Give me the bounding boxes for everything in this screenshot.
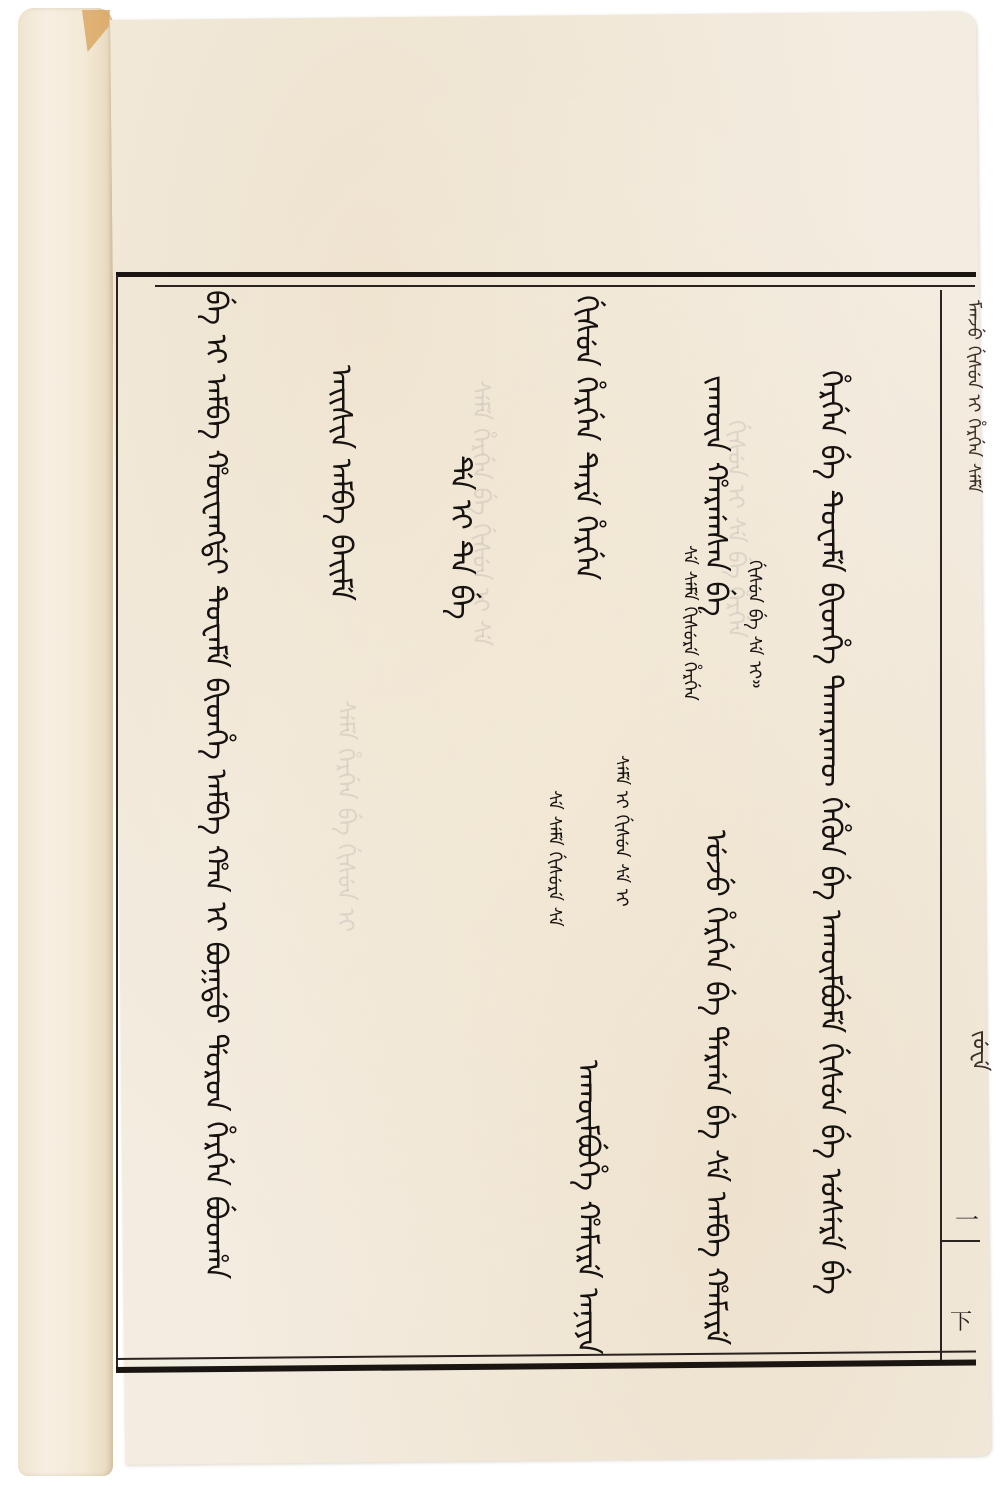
rolled-page-edge <box>18 8 113 1476</box>
bleed-through-text: ᠰᡝᠮᡝ ᡥᡝᡵᡤᡝᠨ ᠪᡝ ᡤᡳᠰᡠᠨ ᡳ <box>325 700 367 932</box>
margin-column-divider <box>940 290 942 1360</box>
annotation-2-left: ᠰᡝ ᠰᡝᠮᡝ ᡤᡳᠰᡠᡵᡝ ᡥᡝᡵᡤᡝᠨ <box>680 545 698 701</box>
margin-column-rule <box>940 1240 980 1242</box>
margin-section-label: ᠵᡠᠸᡝ <box>960 1030 998 1071</box>
text-column-3-upper: ᡤᡳᠰᡠᠨ ᡥᡝᡵᡤᡝᠨ ᡨᡝᡵᡝ ᡥᡝᡵᡤᡝᠨ <box>570 295 600 580</box>
text-column-4: ᡩᡝ ᡳ ᡨᡝ ᠪᡝ <box>445 455 475 620</box>
margin-title: ᠮᠠᠨᠵᡠ ᡤᡳᠰᡠᠨ ᡳ ᡥᡝᡵᡤᡝᠨ ᠰᡝᠮᡝ <box>958 300 989 493</box>
margin-leaf-mark: 下 <box>950 1305 972 1336</box>
frame-left-border <box>116 275 118 1370</box>
book-page <box>110 11 991 1465</box>
text-column-1: ᡥᡝᡵᡤᡝᠨ ᠪᡝ ᡨᡠᠸᠠᠮᡝ ᠪᡳᡨᡥᡝ ᡨᠠᡴᠠᡵᠠᡴᡡ ᡤᡝᡥᡠᠨ ᠪᡝ… <box>815 370 845 1295</box>
annotation-3-left: ᠰᡝ ᠰᡝᠮᡝ ᡤᡳᠰᡠᡵᡝ ᠰᡝ <box>545 790 563 927</box>
annotation-3-right: ᠰᡝᠮᡝ ᡳ ᡤᡳᠰᡠᠨ ᠰᡝ ᡳ <box>612 755 630 907</box>
text-column-3-lower: ᠠᡴᡡᠮᠪᡠᡥᡝ ᡥᠠᠮᡳᡵᡝ ᠠᠨᡳᠶᠠ <box>572 1060 602 1355</box>
text-column-2-upper: ᠵᠠᡴᡡᠨ ᡥᠠᡵᡤᠠᠰᠠᠨ ᠪᡝ <box>700 375 730 617</box>
text-column-2-lower: ᡠᠵᡠ ᡥᡝᡵᡤᡝᠨ ᠪᡝ ᡩᠠᡵᡤᠠ ᠪᡝ ᠰᡝ ᠠᠮᠪᠠ ᡥᠠᠮᡳᡵᡝ <box>700 830 730 1345</box>
frame-top-inner-line <box>155 285 975 287</box>
text-column-6: ᠪᡝ ᡳ ᠠᠮᠪᠠ ᡥᡡᠸᠠᠩᡩᡳ ᡨᡠᠸᠠᠮᡝ ᠪᡳᡨᡥᡝ ᠠᠮᠪᠠ ᡥᠠᠨ … <box>200 290 230 1279</box>
margin-chapter-mark: 一 <box>955 1200 979 1235</box>
text-column-5: ᠠᡳᠰᡳᠨ ᠠᠮᠪᠠ ᠪᠠᡳᠮᡝ <box>325 365 355 601</box>
frame-top-border <box>116 272 976 277</box>
annotation-2-right: ᡤᡳᠰᡠᠨ ᠪᡝ ᠰᡝ ᡳ᠉ <box>745 560 763 689</box>
